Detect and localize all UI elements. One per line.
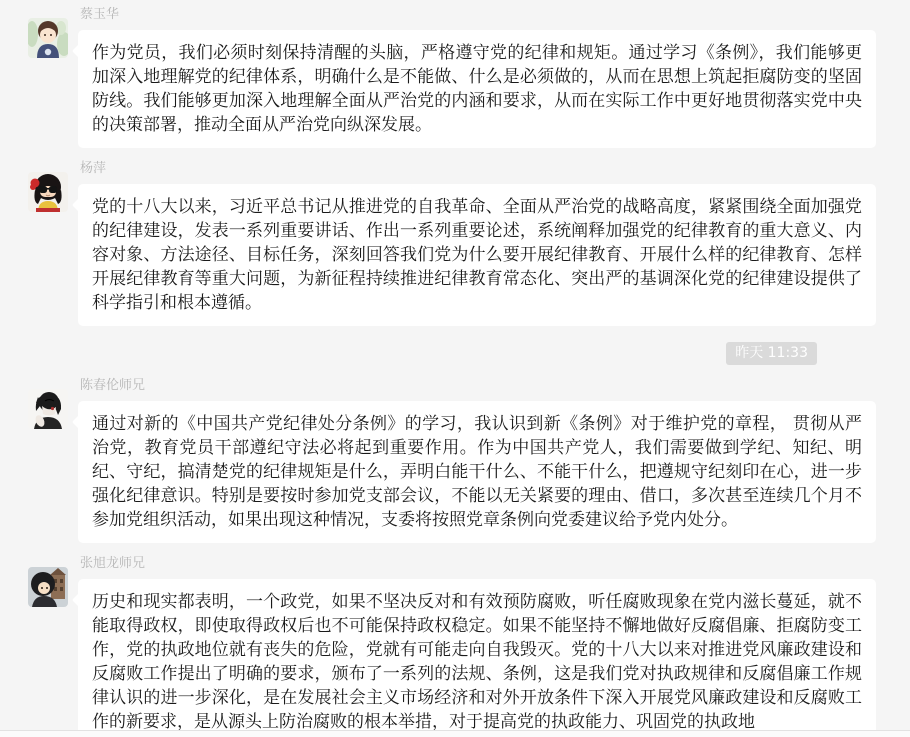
sender-name: 陈春伦师兄 bbox=[80, 377, 876, 395]
avatar-graphic bbox=[28, 18, 68, 58]
message-row: 张旭龙师兄 历史和现实都表明，一个政党，如果不坚决反对和有效预防腐败，听任腐败现… bbox=[0, 555, 910, 737]
message-body: 陈春伦师兄 通过对新的《中国共产党纪律处分条例》的学习，我认识到新《条例》对于维… bbox=[78, 377, 876, 543]
sender-name: 张旭龙师兄 bbox=[80, 555, 876, 573]
message-body: 蔡玉华 作为党员，我们必须时刻保持清醒的头脑，严格遵守党的纪律和规矩。通过学习《… bbox=[78, 6, 876, 148]
message-text: 党的十八大以来，习近平总书记从推进党的自我革命、全面从严治党的战略高度，紧紧围绕… bbox=[92, 197, 862, 313]
chibi-with-castle-avatar[interactable] bbox=[28, 567, 68, 607]
avatar-graphic bbox=[28, 567, 68, 607]
sender-name: 杨萍 bbox=[80, 160, 876, 178]
message-body: 杨萍 党的十八大以来，习近平总书记从推进党的自我革命、全面从严治党的战略高度，紧… bbox=[78, 160, 876, 326]
message-row: 陈春伦师兄 通过对新的《中国共产党纪律处分条例》的学习，我认识到新《条例》对于维… bbox=[0, 377, 910, 543]
girl-with-sunglasses-avatar[interactable] bbox=[28, 172, 68, 212]
chat-input-area-top-edge bbox=[0, 730, 910, 737]
message-text: 作为党员，我们必须时刻保持清醒的头脑，严格遵守党的纪律和规矩。通过学习《条例》，… bbox=[92, 43, 862, 135]
chat-message-list: 蔡玉华 作为党员，我们必须时刻保持清醒的头脑，严格遵守党的纪律和规矩。通过学习《… bbox=[0, 0, 910, 737]
message-bubble[interactable]: 党的十八大以来，习近平总书记从推进党的自我革命、全面从严治党的战略高度，紧紧围绕… bbox=[78, 184, 876, 326]
timestamp-badge: 昨天 11:33 bbox=[726, 342, 817, 365]
message-bubble[interactable]: 作为党员，我们必须时刻保持清醒的头脑，严格遵守党的纪律和规矩。通过学习《条例》，… bbox=[78, 30, 876, 148]
message-bubble[interactable]: 通过对新的《中国共产党纪律处分条例》的学习，我认识到新《条例》对于维护党的章程，… bbox=[78, 401, 876, 543]
message-row: 蔡玉华 作为党员，我们必须时刻保持清醒的头脑，严格遵守党的纪律和规矩。通过学习《… bbox=[0, 6, 910, 148]
avatar-graphic bbox=[28, 172, 68, 212]
message-body: 张旭龙师兄 历史和现实都表明，一个政党，如果不坚决反对和有效预防腐败，听任腐败现… bbox=[78, 555, 876, 737]
boy-with-plants-avatar[interactable] bbox=[28, 18, 68, 58]
avatar-graphic bbox=[28, 389, 68, 429]
dark-anime-boy-avatar[interactable] bbox=[28, 389, 68, 429]
message-text: 历史和现实都表明，一个政党，如果不坚决反对和有效预防腐败，听任腐败现象在党内滋长… bbox=[92, 592, 862, 732]
message-bubble[interactable]: 历史和现实都表明，一个政党，如果不坚决反对和有效预防腐败，听任腐败现象在党内滋长… bbox=[78, 579, 876, 737]
sender-name: 蔡玉华 bbox=[80, 6, 876, 24]
message-text: 通过对新的《中国共产党纪律处分条例》的学习，我认识到新《条例》对于维护党的章程，… bbox=[92, 414, 862, 530]
message-row: 杨萍 党的十八大以来，习近平总书记从推进党的自我革命、全面从严治党的战略高度，紧… bbox=[0, 160, 910, 326]
